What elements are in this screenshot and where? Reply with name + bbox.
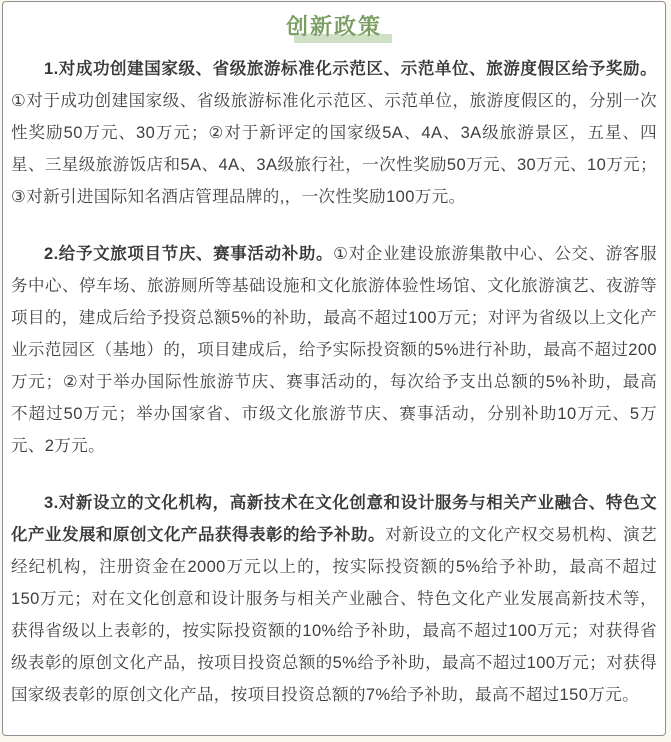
policy-paragraph-3-body: 对新设立的文化产权交易机构、演艺经纪机构，注册资金在2000万元以上的，按实际投… bbox=[11, 526, 657, 704]
policy-paragraph-3: 3.对新设立的文化机构，高新技术在文化创意和设计服务与相关产业融合、特色文化产业… bbox=[11, 487, 657, 711]
document-title: 创新政策 bbox=[286, 12, 382, 42]
policy-paragraph-1-body: ①对于成功创建国家级、省级旅游标准化示范区、示范单位，旅游度假区的，分别一次性奖… bbox=[11, 92, 657, 206]
document-frame: 创新政策 1.对成功创建国家级、省级旅游标准化示范区、示范单位、旅游度假区给予奖… bbox=[2, 1, 666, 736]
document-title-text: 创新政策 bbox=[286, 14, 382, 39]
policy-paragraph-1-lead: 1.对成功创建国家级、省级旅游标准化示范区、示范单位、旅游度假区给予奖励。 bbox=[44, 60, 657, 78]
policy-paragraph-2-body: ①对企业建设旅游集散中心、公交、游客服务中心、停车场、旅游厕所等基础设施和文化旅… bbox=[11, 245, 657, 455]
document-title-row: 创新政策 bbox=[11, 12, 657, 45]
document-body: 1.对成功创建国家级、省级旅游标准化示范区、示范单位、旅游度假区给予奖励。①对于… bbox=[11, 53, 657, 711]
policy-paragraph-2: 2.给予文旅项目节庆、赛事活动补助。①对企业建设旅游集散中心、公交、游客服务中心… bbox=[11, 238, 657, 462]
policy-paragraph-2-lead: 2.给予文旅项目节庆、赛事活动补助。 bbox=[44, 245, 333, 263]
policy-paragraph-1: 1.对成功创建国家级、省级旅游标准化示范区、示范单位、旅游度假区给予奖励。①对于… bbox=[11, 53, 657, 213]
